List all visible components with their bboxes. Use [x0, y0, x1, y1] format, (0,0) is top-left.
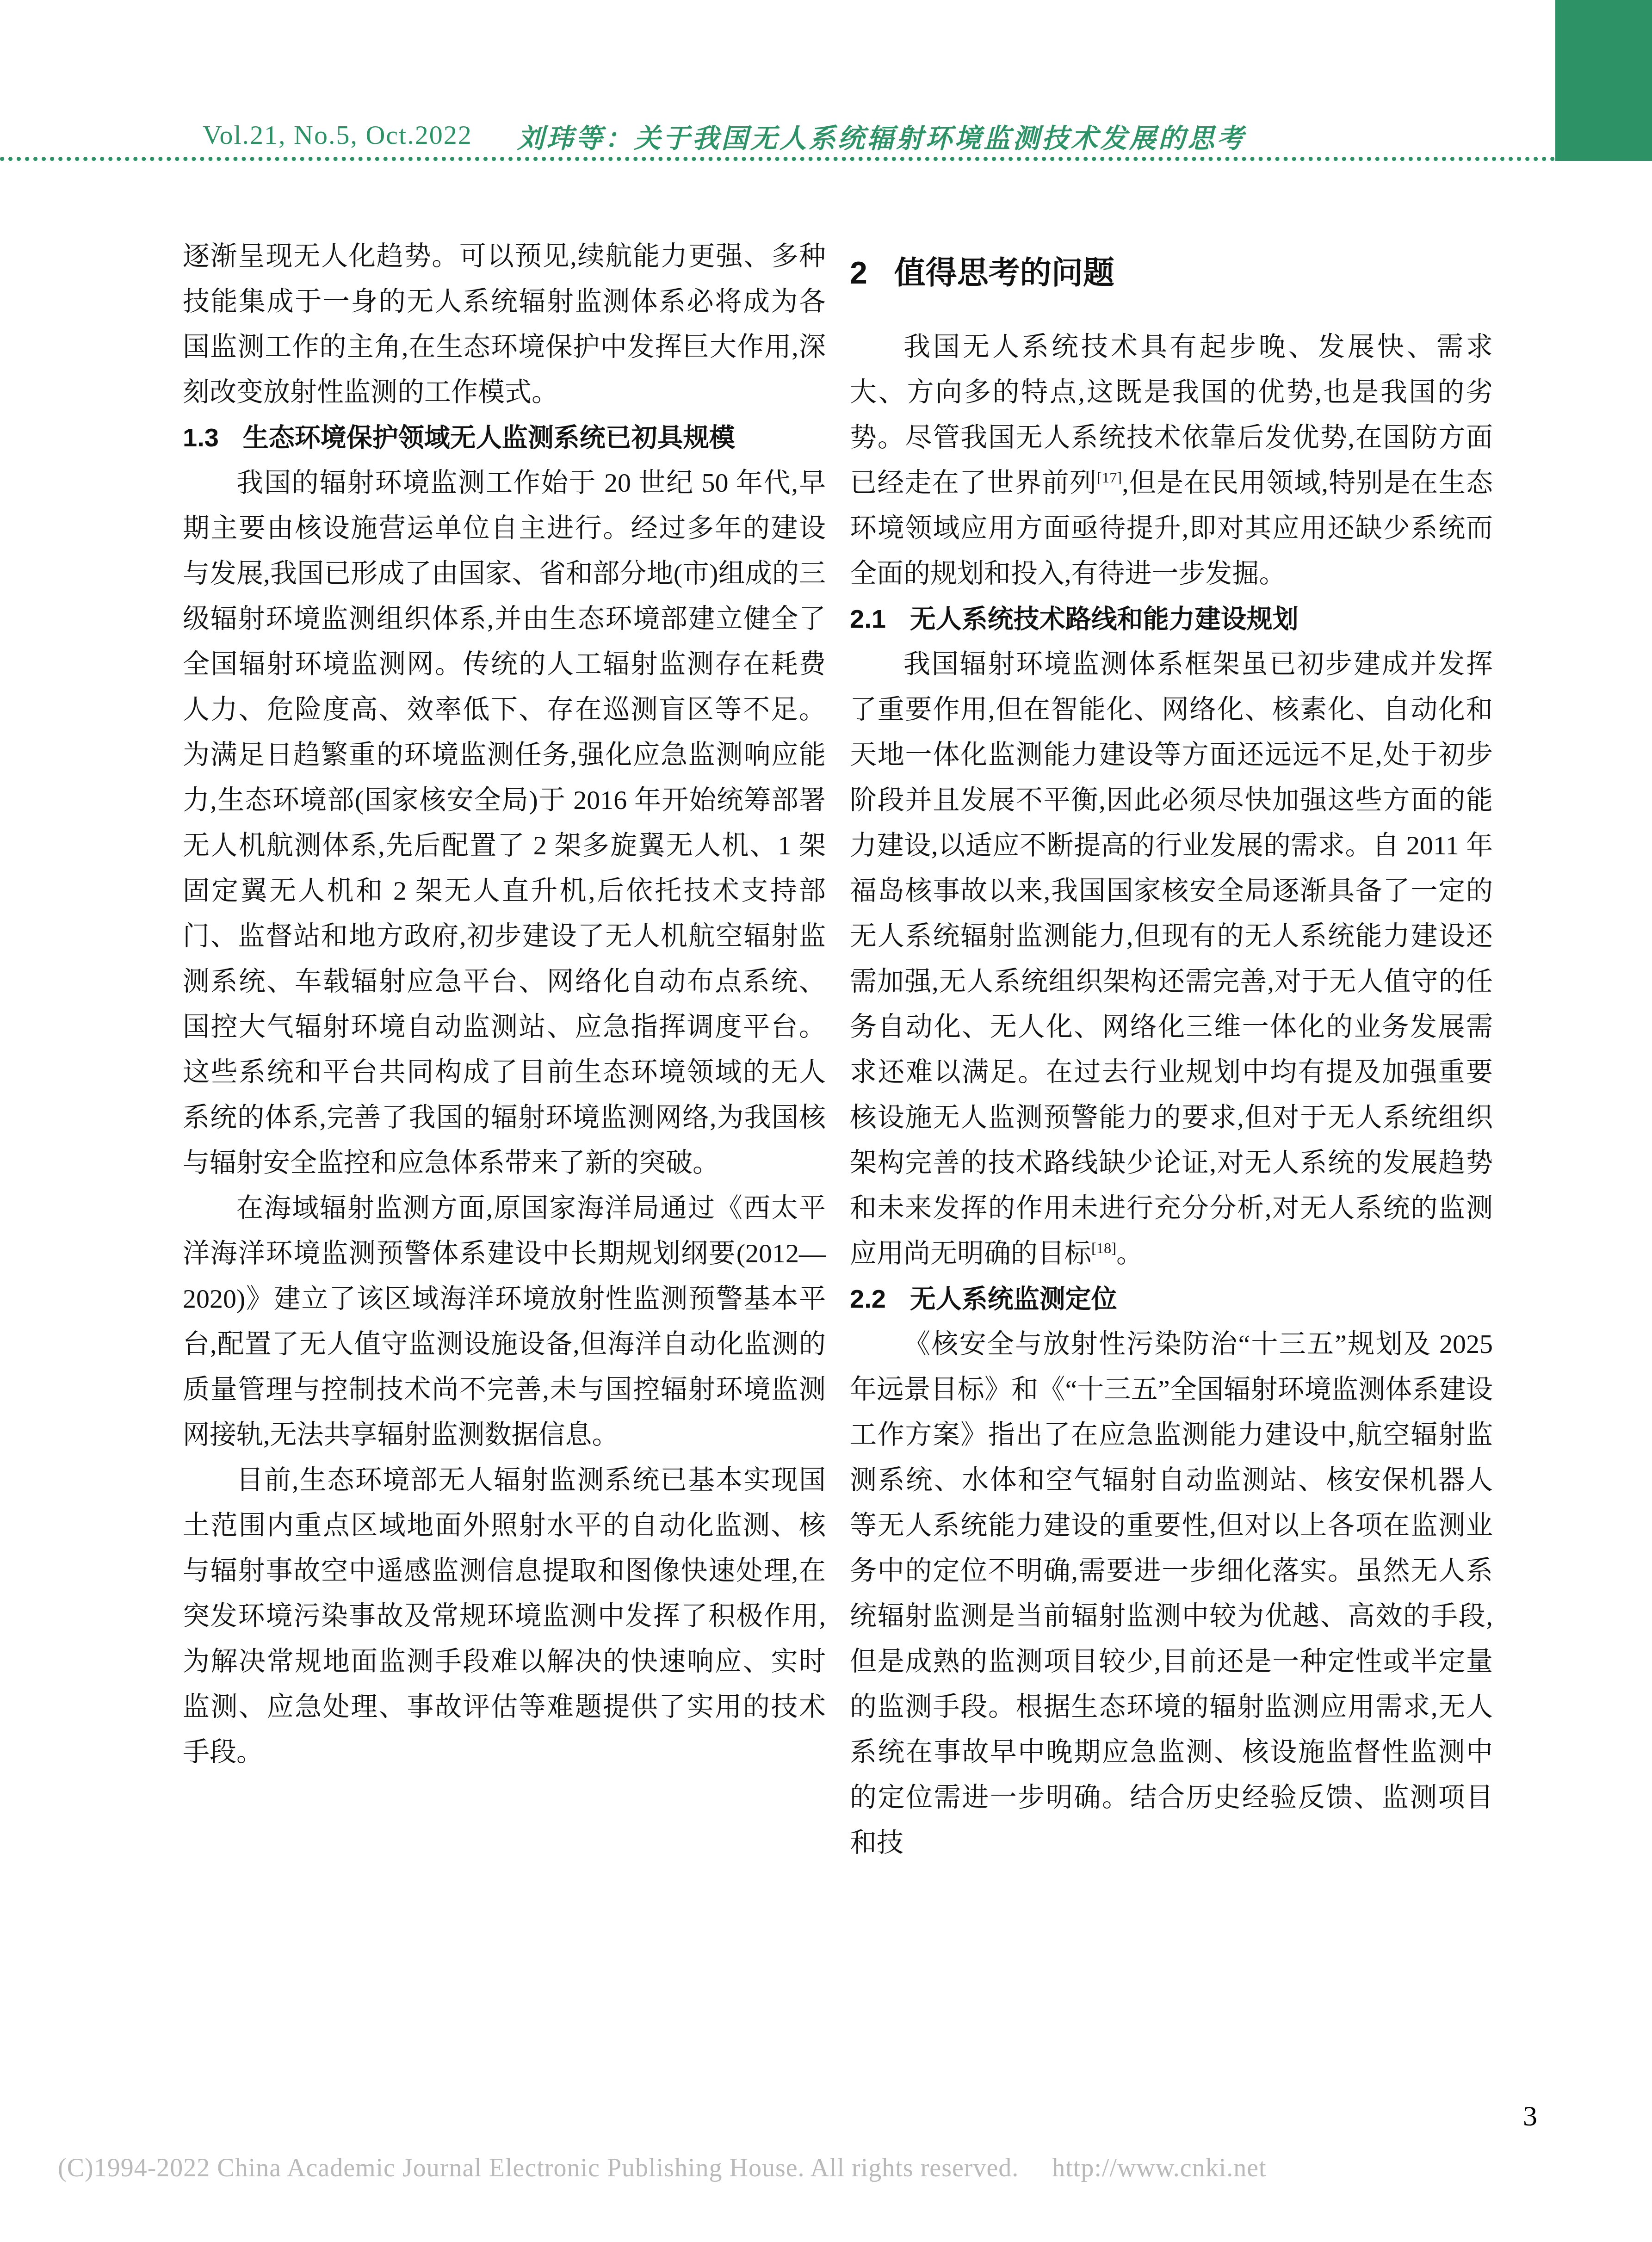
paragraph-continuation: 逐渐呈现无人化趋势。可以预见,续航能力更强、多种技能集成于一身的无人系统辐射监测… [183, 234, 826, 415]
paragraph: 我国辐射环境监测体系框架虽已初步建成并发挥了重要作用,但在智能化、网络化、核素化… [850, 642, 1493, 1276]
section-heading-2: 2值得思考的问题 [850, 247, 1493, 298]
paragraph: 《核安全与放射性污染防治“十三五”规划及 2025 年远景目标》和《“十三五”全… [850, 1322, 1493, 1865]
section-title: 生态环境保护领域无人监测系统已初具规模 [243, 423, 735, 452]
section-title: 无人系统技术路线和能力建设规划 [910, 604, 1299, 633]
copyright-text: (C)1994-2022 China Academic Journal Elec… [58, 2154, 1019, 2182]
section-title: 值得思考的问题 [894, 255, 1114, 290]
section-number: 1.3 [183, 423, 219, 452]
section-heading-2-1: 2.1无人系统技术路线和能力建设规划 [850, 596, 1493, 642]
section-number: 2.1 [850, 604, 886, 633]
paragraph-text: 。 [1116, 1238, 1143, 1268]
paragraph: 目前,生态环境部无人辐射监测系统已基本实现国土范围内重点区域地面外照射水平的自动… [183, 1458, 826, 1775]
header-divider-rule [0, 157, 1555, 161]
running-title: 刘玮等：关于我国无人系统辐射环境监测技术发展的思考 [517, 117, 1246, 155]
footer-copyright-line: (C)1994-2022 China Academic Journal Elec… [58, 2153, 1267, 2183]
volume-issue-date: Vol.21, No.5, Oct.2022 [203, 119, 472, 150]
paragraph: 我国的辐射环境监测工作始于 20 世纪 50 年代,早期主要由核设施营运单位自主… [183, 460, 826, 1186]
paragraph-text: 我国辐射环境监测体系框架虽已初步建成并发挥了重要作用,但在智能化、网络化、核素化… [850, 649, 1493, 1268]
right-column: 2值得思考的问题 我国无人系统技术具有起步晚、发展快、需求大、方向多的特点,这既… [850, 234, 1493, 1865]
paragraph: 在海域辐射监测方面,原国家海洋局通过《西太平洋海洋环境监测预警体系建设中长期规划… [183, 1186, 826, 1458]
left-column: 逐渐呈现无人化趋势。可以预见,续航能力更强、多种技能集成于一身的无人系统辐射监测… [183, 234, 826, 1865]
section-number: 2.2 [850, 1284, 886, 1313]
section-title: 无人系统监测定位 [910, 1284, 1117, 1313]
section-number: 2 [850, 255, 867, 290]
section-heading-2-2: 2.2无人系统监测定位 [850, 1276, 1493, 1322]
citation-ref-18: [18] [1091, 1240, 1116, 1257]
page-header: Vol.21, No.5, Oct.2022 刘玮等：关于我国无人系统辐射环境监… [0, 0, 1652, 161]
footer-url: http://www.cnki.net [1052, 2154, 1266, 2182]
citation-ref-17: [17] [1097, 469, 1122, 486]
article-body: 逐渐呈现无人化趋势。可以预见,续航能力更强、多种技能集成于一身的无人系统辐射监测… [183, 234, 1493, 1865]
journal-page: Vol.21, No.5, Oct.2022 刘玮等：关于我国无人系统辐射环境监… [0, 0, 1652, 2242]
page-number: 3 [1523, 2100, 1537, 2133]
paragraph: 我国无人系统技术具有起步晚、发展快、需求大、方向多的特点,这既是我国的优势,也是… [850, 324, 1493, 596]
section-heading-1-3: 1.3生态环境保护领域无人监测系统已初具规模 [183, 415, 826, 460]
